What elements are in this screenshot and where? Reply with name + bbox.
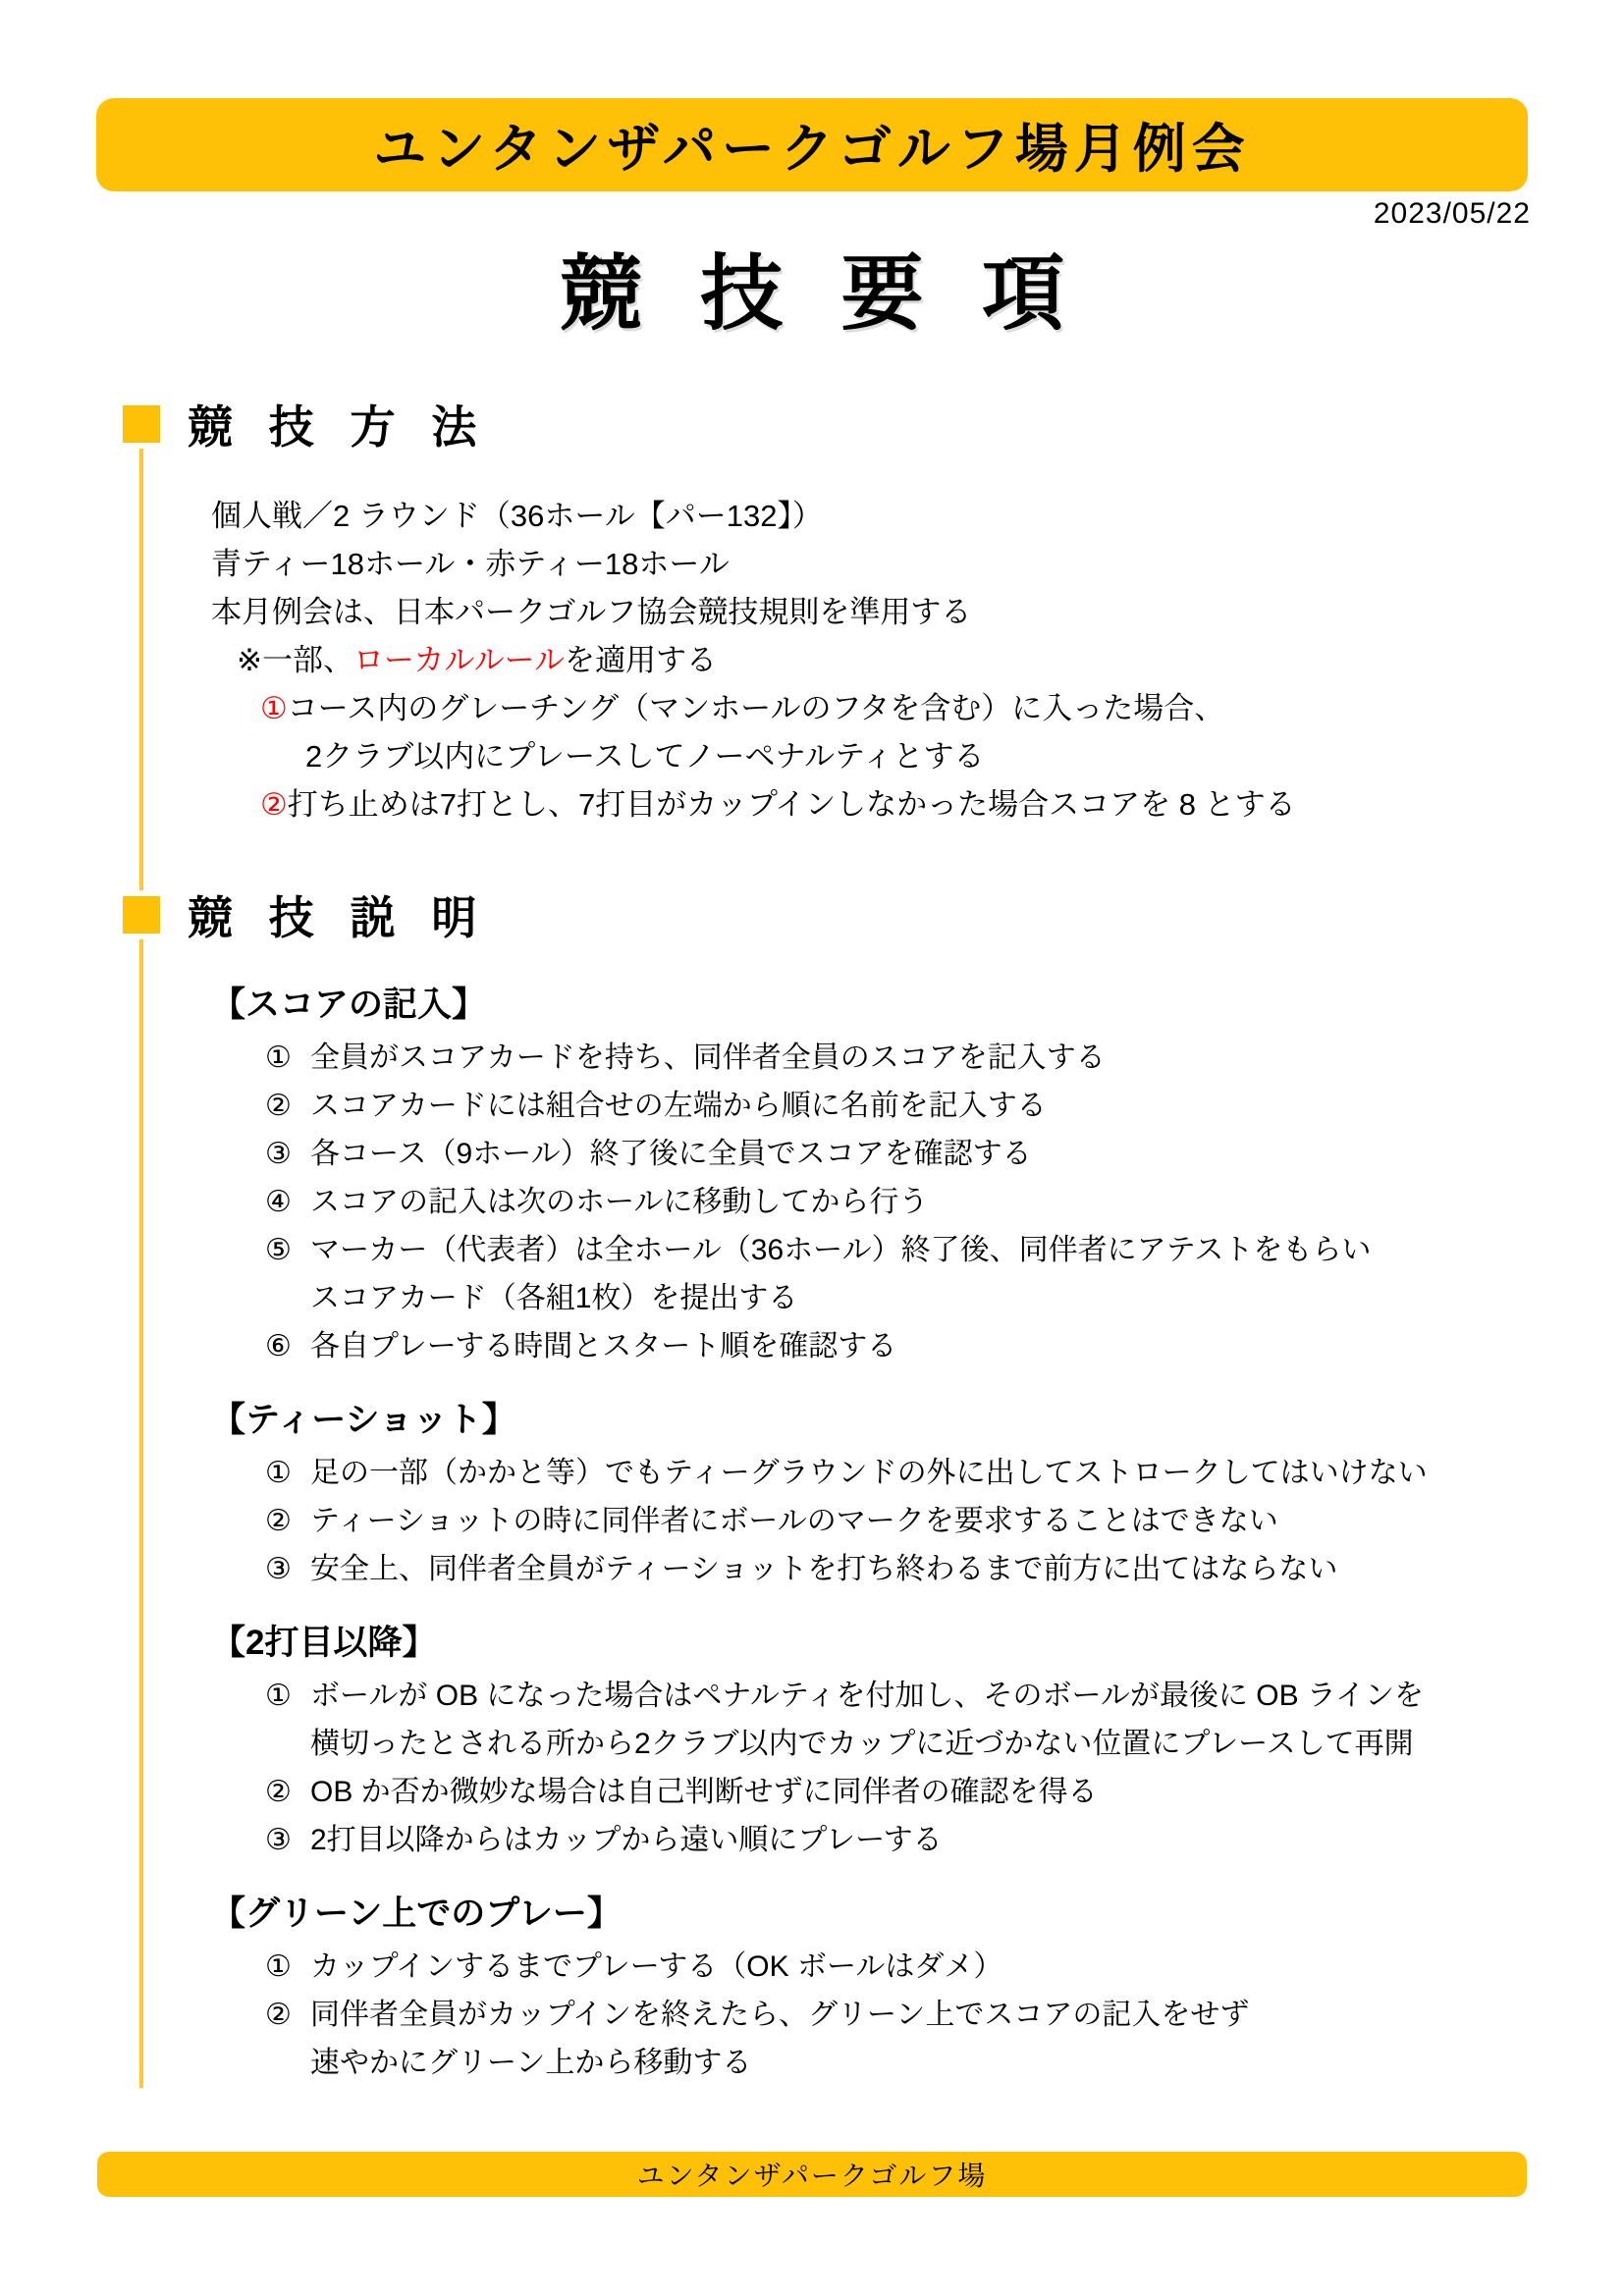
method-note-line: ※一部、ローカルルールを適用する [237,636,1585,684]
item-continuation: スコアカード（各組1枚）を提出する [310,1274,1585,1322]
item-text: ティーショットの時に同伴者にボールのマークを要求することはできない [310,1497,1278,1545]
item-text: ボールが OB になった場合はペナルティを付加し、そのボールが最後に OB ライ… [310,1672,1424,1720]
method-line: 個人戦／2 ラウンド（36ホール【パー132】） [211,492,1585,540]
local-rule-1-continuation: 2クラブ以内にプレースしてノーペナルティとする [305,732,1585,780]
item-text: マーカー（代表者）は全ホール（36ホール）終了後、同伴者にアテストをもらい [310,1226,1371,1274]
block-second-stroke: 【2打目以降】 ①ボールが OB になった場合はペナルティを付加し、そのボールが… [211,1621,1585,1864]
document-date: 2023/05/22 [1374,197,1531,231]
circled-number: ① [265,1034,310,1082]
block-heading: 【ティーショット】 [211,1398,1585,1443]
list-item: ④スコアの記入は次のホールに移動してから行う [265,1178,1585,1226]
section-method-body: 個人戦／2 ラウンド（36ホール【パー132】） 青ティー18ホール・赤ティー1… [211,449,1585,828]
list-item: ②スコアカードには組合せの左端から順に名前を記入する [265,1082,1585,1130]
note-prefix: ※一部、 [237,643,353,677]
list-item: ②ティーショットの時に同伴者にボールのマークを要求することはできない [265,1497,1585,1545]
section-bullet-square [123,405,160,443]
section-bullet-square [123,896,160,934]
circled-number: ② [265,1497,310,1545]
list-item: ⑥各自プレーする時間とスタート順を確認する [265,1322,1585,1370]
list-item: ②OB か否か微妙な場合は自己判断せずに同伴者の確認を得る [265,1768,1585,1816]
document-page: ユンタンザパークゴルフ場月例会 2023/05/22 競 技 要 項 競 技 方… [0,0,1624,2296]
block-heading: 【グリーン上でのプレー】 [211,1892,1585,1937]
footer-banner: ユンタンザパークゴルフ場 [97,2152,1527,2197]
local-rule-2: ②打ち止めは7打とし、7打目がカップインしなかった場合スコアを 8 とする [260,780,1585,828]
block-green-play: 【グリーン上でのプレー】 ①カップインするまでプレーする（OK ボールはダメ） … [211,1892,1585,2087]
section-explanation-body: 【スコアの記入】 ①全員がスコアカードを持ち、同伴者全員のスコアを記入する ②ス… [211,939,1585,2087]
footer-course-name: ユンタンザパークゴルフ場 [637,2155,988,2194]
item-text: スコアの記入は次のホールに移動してから行う [310,1178,928,1226]
section-explanation: 競 技 説 明 【スコアの記入】 ①全員がスコアカードを持ち、同伴者全員のスコア… [123,896,1585,2094]
circled-number-red: ① [260,691,288,725]
header-banner: ユンタンザパークゴルフ場月例会 [96,98,1528,191]
event-title: ユンタンザパークゴルフ場月例会 [373,107,1251,183]
item-text: 安全上、同伴者全員がティーショットを打ち終わるまで前方に出てはならない [310,1545,1337,1593]
section-method-heading: 競 技 方 法 [188,405,1585,449]
section-method: 競 技 方 法 個人戦／2 ラウンド（36ホール【パー132】） 青ティー18ホ… [123,405,1585,896]
rule-text: コース内のグレーチング（マンホールのフタを含む）に入った場合、 [288,691,1225,725]
item-text: 同伴者全員がカップインを終えたら、グリーン上でスコアの記入をせず [310,1991,1249,2039]
section-rail-line [139,449,143,890]
circled-number: ② [265,1768,310,1816]
circled-number: ④ [265,1178,310,1226]
item-text: 足の一部（かかと等）でもティーグラウンドの外に出してストロークしてはいけない [310,1449,1428,1497]
list-item: ①足の一部（かかと等）でもティーグラウンドの外に出してストロークしてはいけない [265,1449,1585,1497]
page-title: 競 技 要 項 [0,228,1624,347]
list-item: ①ボールが OB になった場合はペナルティを付加し、そのボールが最後に OB ラ… [265,1672,1585,1720]
method-line: 本月例会は、日本パークゴルフ協会競技規則を準用する [211,588,1585,636]
circled-number: ① [265,1449,310,1497]
local-rule-highlight: ローカルルール [353,643,565,677]
list-item: ③2打目以降からはカップから遠い順にプレーする [265,1816,1585,1864]
local-rule-1: ①コース内のグレーチング（マンホールのフタを含む）に入った場合、 [260,684,1585,732]
circled-number: ③ [265,1545,310,1593]
circled-number: ② [265,1991,310,2039]
item-text: カップインするまでプレーする（OK ボールはダメ） [310,1943,1002,1991]
note-suffix: を適用する [565,643,717,677]
item-text: 2打目以降からはカップから遠い順にプレーする [310,1816,943,1864]
rule-text: 打ち止めは7打とし、7打目がカップインしなかった場合スコアを 8 とする [288,787,1296,822]
block-score-entry: 【スコアの記入】 ①全員がスコアカードを持ち、同伴者全員のスコアを記入する ②ス… [211,983,1585,1370]
circled-number: ② [265,1082,310,1130]
circled-number: ① [265,1672,310,1720]
circled-number: ① [265,1943,310,1991]
block-heading: 【2打目以降】 [211,1621,1585,1666]
item-text: 各コース（9ホール）終了後に全員でスコアを確認する [310,1130,1032,1178]
list-item: ①全員がスコアカードを持ち、同伴者全員のスコアを記入する [265,1034,1585,1082]
block-tee-shot: 【ティーショット】 ①足の一部（かかと等）でもティーグラウンドの外に出してストロ… [211,1398,1585,1593]
circled-number: ⑤ [265,1226,310,1274]
item-text: OB か否か微妙な場合は自己判断せずに同伴者の確認を得る [310,1768,1098,1816]
list-item: ⑤マーカー（代表者）は全ホール（36ホール）終了後、同伴者にアテストをもらい [265,1226,1585,1274]
list-item: ①カップインするまでプレーする（OK ボールはダメ） [265,1943,1585,1991]
circled-number: ③ [265,1816,310,1864]
list-item: ③安全上、同伴者全員がティーショットを打ち終わるまで前方に出てはならない [265,1545,1585,1593]
item-continuation: 横切ったとされる所から2クラブ以内でカップに近づかない位置にプレースして再開 [310,1720,1585,1768]
item-text: 全員がスコアカードを持ち、同伴者全員のスコアを記入する [310,1034,1106,1082]
circled-number-red: ② [260,787,288,822]
item-text: 各自プレーする時間とスタート順を確認する [310,1322,896,1370]
circled-number: ③ [265,1130,310,1178]
section-rail-line [139,939,143,2088]
list-item: ③各コース（9ホール）終了後に全員でスコアを確認する [265,1130,1585,1178]
method-line: 青ティー18ホール・赤ティー18ホール [211,540,1585,588]
block-heading: 【スコアの記入】 [211,983,1585,1028]
circled-number: ⑥ [265,1322,310,1370]
item-continuation: 速やかにグリーン上から移動する [310,2039,1585,2087]
section-explanation-heading: 競 技 説 明 [188,896,1585,939]
list-item: ②同伴者全員がカップインを終えたら、グリーン上でスコアの記入をせず [265,1991,1585,2039]
item-text: スコアカードには組合せの左端から順に名前を記入する [310,1082,1047,1130]
